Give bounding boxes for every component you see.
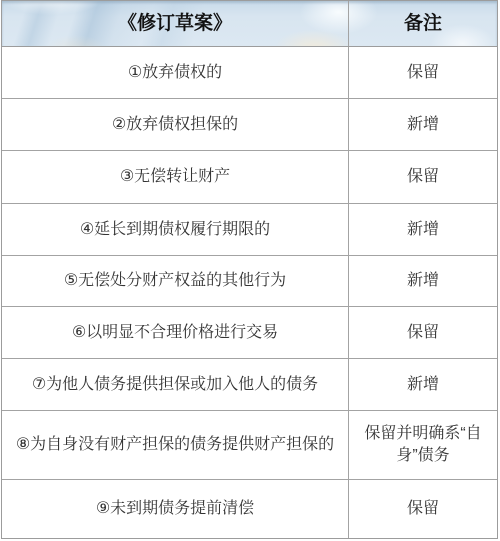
table-body: ①放弃债权的 保留 ②放弃债权担保的 新增 ③无偿转让财产 保留 ④延长到期债权… [2, 47, 497, 538]
table-row: ②放弃债权担保的 新增 [2, 99, 497, 151]
item-cell: ④延长到期债权履行期限的 [2, 204, 349, 255]
table-row: ⑤无偿处分财产权益的其他行为 新增 [2, 256, 497, 307]
table-row: ③无偿转让财产 保留 [2, 151, 497, 204]
table-row: ④延长到期债权履行期限的 新增 [2, 204, 497, 256]
remark-cell: 保留 [349, 47, 497, 98]
item-cell: ①放弃债权的 [2, 47, 349, 98]
table-row: ⑥以明显不合理价格进行交易 保留 [2, 307, 497, 359]
remark-cell: 保留并明确系“自身”债务 [349, 411, 497, 479]
table-row: ⑨未到期债务提前清偿 保留 [2, 480, 497, 538]
remark-cell: 保留 [349, 480, 497, 538]
header-remark-column: 备注 [349, 1, 497, 46]
item-cell: ⑨未到期债务提前清偿 [2, 480, 349, 538]
item-cell: ⑤无偿处分财产权益的其他行为 [2, 256, 349, 306]
remark-cell: 新增 [349, 99, 497, 150]
remark-cell: 保留 [349, 307, 497, 358]
table-row: ⑧为自身没有财产担保的债务提供财产担保的 保留并明确系“自身”债务 [2, 411, 497, 480]
item-cell: ③无偿转让财产 [2, 151, 349, 203]
revision-draft-table-image: 《修订草案》 备注 ①放弃债权的 保留 ②放弃债权担保的 新增 ③无偿转让财产 … [0, 0, 500, 541]
remark-cell: 保留 [349, 151, 497, 203]
table-row: ①放弃债权的 保留 [2, 47, 497, 99]
remark-cell: 新增 [349, 204, 497, 255]
item-cell: ②放弃债权担保的 [2, 99, 349, 150]
table-header-row: 《修订草案》 备注 [2, 1, 497, 47]
table-row: ⑦为他人债务提供担保或加入他人的债务 新增 [2, 359, 497, 411]
remark-cell: 新增 [349, 256, 497, 306]
remark-cell: 新增 [349, 359, 497, 410]
revision-draft-table: 《修订草案》 备注 ①放弃债权的 保留 ②放弃债权担保的 新增 ③无偿转让财产 … [1, 0, 498, 539]
item-cell: ⑦为他人债务提供担保或加入他人的债务 [2, 359, 349, 410]
item-cell: ⑧为自身没有财产担保的债务提供财产担保的 [2, 411, 349, 479]
header-draft-column: 《修订草案》 [2, 1, 349, 46]
item-cell: ⑥以明显不合理价格进行交易 [2, 307, 349, 358]
